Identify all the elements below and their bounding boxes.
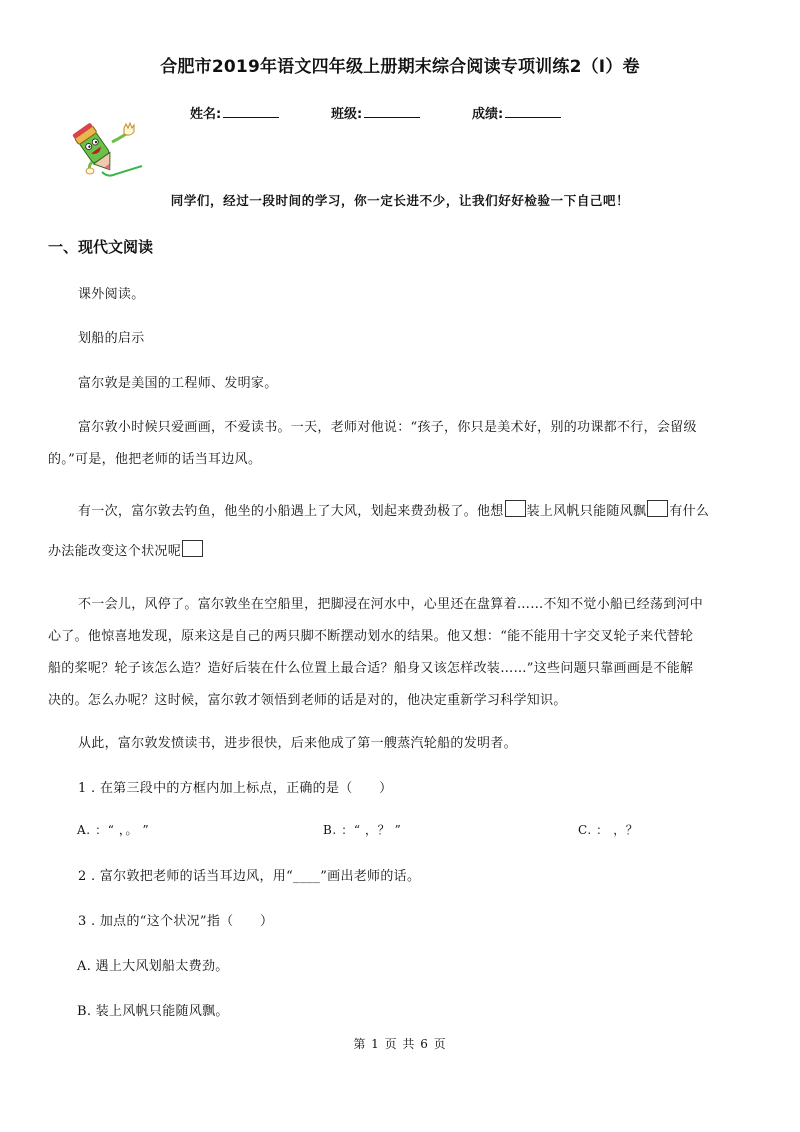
question-2: 2 . 富尔敦把老师的话当耳边风，用“____”画出老师的话。 [78, 865, 420, 884]
punctuation-box-1[interactable] [505, 500, 526, 517]
passage-title: 划船的启示 [78, 327, 145, 346]
reading-intro: 课外阅读。 [78, 283, 145, 302]
info-label-name: 姓名: [190, 107, 221, 122]
pencil-mascot-icon [72, 120, 148, 180]
paragraph-2-line-2: 的。”可是，他把老师的话当耳边风。 [48, 448, 261, 467]
paragraph-3-line-1: 有一次，富尔敦去钓鱼，他坐的小船遇上了大风，划起来费劲极了。他想装上风帆只能随风… [78, 500, 709, 519]
paragraph-5: 从此，富尔敦发愤读书，进步很快，后来他成了第一艘蒸汽轮船的发明者。 [78, 732, 517, 751]
punctuation-box-3[interactable] [182, 540, 203, 557]
page-footer: 第 1 页 共 6 页 [0, 1035, 800, 1052]
paragraph-2-line-1: 富尔敦小时候只爱画画，不爱读书。一天，老师对他说：“孩子，你只是美术好，别的功课… [78, 416, 697, 435]
paragraph-3-line-2-text: 办法能改变这个状况呢 [48, 544, 181, 559]
info-field-class: 班级: [331, 103, 420, 122]
question-1-option-c[interactable]: C. ： ，？ [578, 821, 638, 838]
paragraph-4-line-2: 心了。他惊喜地发现，原来这是自己的两只脚不断摆动划水的结果。他又想：“能不能用十… [48, 625, 693, 644]
punctuation-box-2[interactable] [647, 500, 668, 517]
paragraph-4-line-1: 不一会儿，风停了。富尔敦坐在空船里，把脚浸在河水中，心里还在盘算着……不知不觉小… [78, 593, 703, 612]
info-field-name: 姓名: [190, 103, 279, 122]
section-heading: 一、现代文阅读 [48, 236, 153, 257]
question-3: 3 . 加点的“这个状况”指（ ） [78, 910, 273, 929]
paragraph-3-seg-1: 有一次，富尔敦去钓鱼，他坐的小船遇上了大风，划起来费劲极了。他想 [78, 504, 504, 519]
question-3-option-b[interactable]: B. 装上风帆只能随风飘。 [77, 1000, 229, 1019]
question-1-option-b[interactable]: B. ：“ ，？ ” [323, 821, 401, 838]
info-label-class: 班级: [331, 107, 362, 122]
document-title: 合肥市2019年语文四年级上册期末综合阅读专项训练2（I）卷 [0, 52, 800, 77]
name-blank[interactable] [223, 105, 279, 118]
question-3-option-a[interactable]: A. 遇上大风划船太费劲。 [77, 955, 229, 974]
score-blank[interactable] [505, 105, 561, 118]
greeting-text: 同学们，经过一段时间的学习，你一定长进不少，让我们好好检验一下自己吧！ [0, 191, 800, 209]
question-1: 1 . 在第三段中的方框内加上标点，正确的是（ ） [78, 777, 392, 796]
paragraph-3-line-2: 办法能改变这个状况呢 [48, 540, 204, 559]
paragraph-1: 富尔敦是美国的工程师、发明家。 [78, 372, 278, 391]
paragraph-3-seg-3: 有什么 [669, 504, 709, 519]
info-field-score: 成绩: [472, 103, 561, 122]
question-1-option-a[interactable]: A. ：“ ，。 ” [77, 821, 149, 838]
paragraph-3-seg-2: 装上风帆只能随风飘 [527, 504, 647, 519]
info-label-score: 成绩: [472, 107, 503, 122]
paragraph-4-line-4: 决的。怎么办呢？这时候，富尔敦才领悟到老师的话是对的，他决定重新学习科学知识。 [48, 689, 567, 708]
class-blank[interactable] [364, 105, 420, 118]
paragraph-4-line-3: 船的桨呢？轮子该怎么造？造好后装在什么位置上最合适？船身又该怎样改装……”这些问… [48, 657, 693, 676]
